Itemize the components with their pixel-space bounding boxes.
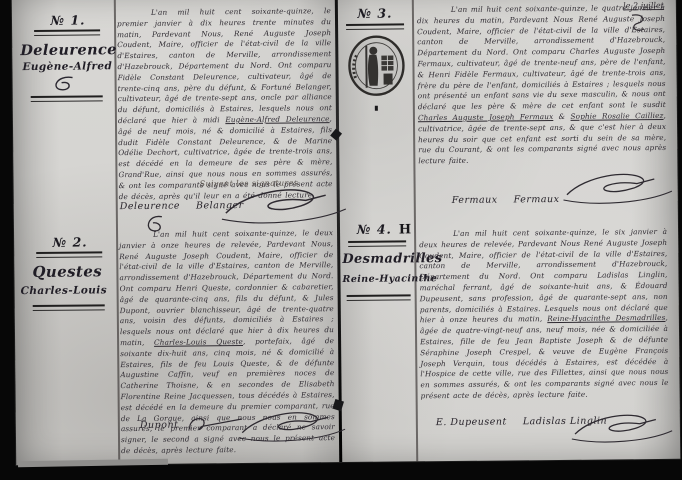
act-4-letter-suffix: H [399, 222, 411, 237]
signature-name: Fermaux [452, 195, 498, 206]
body-text-segment: L'an mil huit cent soixante-quinze, le p… [117, 6, 332, 125]
act-2-margin-firstnames: Charles-Louis [21, 284, 108, 297]
underlined-name-text: Eugène-Alfred Deleurence [225, 114, 329, 124]
act-1-margin-name: Deleurence [20, 41, 117, 59]
act-3-body-text: L'an mil huit cent soixante-quinze, le q… [417, 3, 667, 167]
act-4-body-text: L'an mil huit cent soixante-quinze, le s… [419, 227, 669, 402]
ink-dot [375, 106, 378, 111]
act-2-number: № 2. [30, 234, 110, 250]
body-text-segment: & [553, 112, 570, 121]
body-text-segment: , âgée de quatre-vingt-neuf ans, neuf mo… [420, 313, 669, 400]
body-text-segment: L'an mil huit cent soixante-quinze, le q… [417, 3, 666, 112]
margin-rule [346, 23, 404, 30]
body-text-segment: L'an mil huit cent soixante-quinze, le d… [119, 228, 334, 347]
margin-rule [348, 240, 406, 247]
signature-name: Fermaux [514, 194, 560, 205]
underlined-name-text: Reine-Hyacinthe Desmadrilles [547, 313, 665, 323]
act-1-number: № 1. [28, 12, 108, 28]
act-2-margin-name: Questes [32, 262, 102, 281]
margin-rule [36, 251, 102, 258]
act-4-number-row: № 4. H [344, 221, 424, 238]
signature-name: Deleurence [120, 201, 180, 213]
signature-flourish [220, 182, 348, 225]
signature-name: E. Dupeusent [436, 416, 507, 428]
margin-rule [31, 95, 103, 102]
underlying-page-edge [18, 459, 168, 468]
body-text-segment: L'an mil huit cent soixante-quinze, le s… [419, 227, 668, 325]
margin-rule [33, 304, 105, 311]
ink-paraph [49, 75, 79, 93]
scanned-register-background: № 1. Deleurence Eugène-Alfred L'an mil h… [0, 0, 682, 480]
register-paper: № 1. Deleurence Eugène-Alfred L'an mil h… [12, 0, 680, 465]
margin-rule [347, 294, 411, 301]
underlined-name-text: Charles Auguste Joseph Fermaux [418, 112, 553, 122]
act-3-signatures: FermauxFermaux [452, 194, 576, 206]
act-1-body-text: L'an mil huit cent soixante-quinze, le p… [117, 6, 333, 202]
act-4-number: № 4. [357, 222, 392, 237]
page-gutter-line [335, 0, 342, 462]
signature-flourish [561, 167, 673, 206]
underlined-name-text: Sophie Rosalie Cailliez [570, 111, 663, 121]
act-1-margin-firstnames: Eugène-Alfred [22, 60, 112, 73]
underlined-name-text: Charles-Louis Queste [154, 337, 243, 347]
signature-flourish [568, 409, 676, 444]
margin-rule [34, 29, 100, 36]
act-3-number: № 3. [342, 5, 408, 21]
signature-name: Dupont [140, 420, 179, 431]
signature-flourish [234, 406, 350, 443]
circular-timbre-stamp [346, 33, 407, 98]
